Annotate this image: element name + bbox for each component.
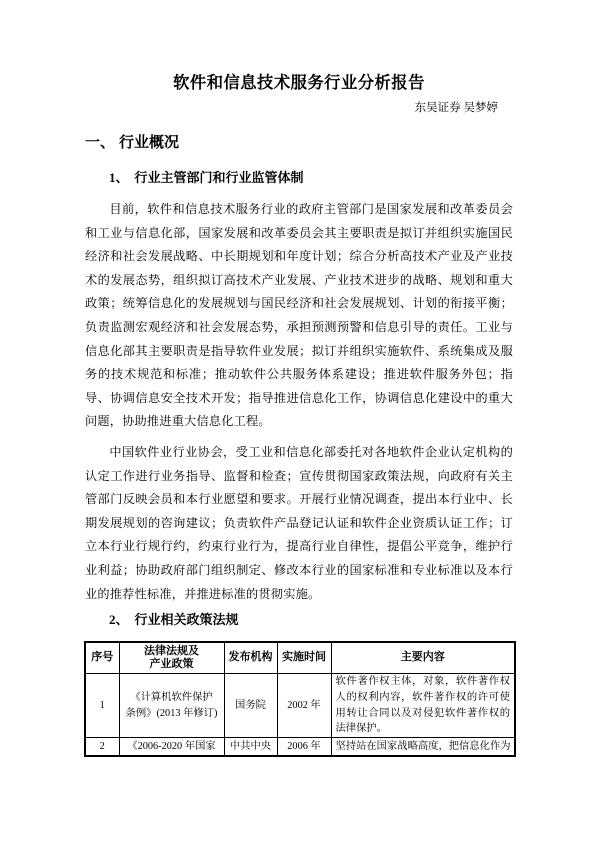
document-page: 软件和信息技术服务行业分析报告 东吴证券 吴梦婷 一、行业概况 1、行业主管部门… bbox=[0, 0, 595, 841]
section-number: 一、 bbox=[85, 135, 115, 151]
cell-law-name: 《2006-2020 年国家 bbox=[119, 738, 224, 756]
section-heading-label: 行业概况 bbox=[119, 135, 179, 151]
subsection-heading-label: 行业相关政策法规 bbox=[135, 612, 239, 627]
body-paragraph-regulators: 目前，软件和信息技术服务行业的政府主管部门是国家发展和改革委员会和工业与信息化部… bbox=[85, 198, 513, 434]
table-header-content: 主要内容 bbox=[331, 642, 515, 674]
document-title: 软件和信息技术服务行业分析报告 bbox=[85, 72, 513, 94]
table-header-law: 法律法规及 产业政策 bbox=[119, 642, 224, 674]
subsection-number: 2、 bbox=[109, 612, 129, 627]
subsection-number: 1、 bbox=[109, 170, 129, 185]
subsection-heading-label: 行业主管部门和行业监管体制 bbox=[135, 170, 304, 185]
cell-main-content: 坚持站在国家战略高度，把信息化作为 bbox=[331, 738, 515, 756]
table-row: 2 《2006-2020 年国家 中共中央 2006 年 坚持站在国家战略高度，… bbox=[85, 738, 515, 756]
subsection-heading-regulators: 1、行业主管部门和行业监管体制 bbox=[109, 169, 304, 187]
section-heading-industry-overview: 一、行业概况 bbox=[85, 133, 179, 153]
cell-date: 2006 年 bbox=[277, 738, 331, 756]
document-byline: 东吴证券 吴梦婷 bbox=[85, 100, 498, 116]
cell-main-content: 软件著作权主体，对象，软件著作权人的权利内容，软件著作权的许可使用转让合同以及对… bbox=[331, 674, 515, 738]
table-header-issuer: 发布机构 bbox=[224, 642, 277, 674]
table-header-date: 实施时间 bbox=[277, 642, 331, 674]
cell-date: 2002 年 bbox=[277, 674, 331, 738]
cell-seq: 2 bbox=[85, 738, 119, 756]
subsection-heading-policies: 2、行业相关政策法规 bbox=[109, 611, 239, 629]
cell-issuer: 国务院 bbox=[224, 674, 277, 738]
policy-regulation-table: 序号 法律法规及 产业政策 发布机构 实施时间 主要内容 1 《计算机软件保护 … bbox=[84, 641, 516, 757]
cell-seq: 1 bbox=[85, 674, 119, 738]
body-paragraph-association: 中国软件业行业协会，受工业和信息化部委托对各地软件企业认定机构的认定工作进行业务… bbox=[85, 441, 513, 606]
table-header-seq: 序号 bbox=[85, 642, 119, 674]
cell-law-name: 《计算机软件保护 条例》(2013 年修订) bbox=[119, 674, 224, 738]
cell-issuer: 中共中央 bbox=[224, 738, 277, 756]
table-row: 1 《计算机软件保护 条例》(2013 年修订) 国务院 2002 年 软件著作… bbox=[85, 674, 515, 738]
table-header-row: 序号 法律法规及 产业政策 发布机构 实施时间 主要内容 bbox=[85, 642, 515, 674]
